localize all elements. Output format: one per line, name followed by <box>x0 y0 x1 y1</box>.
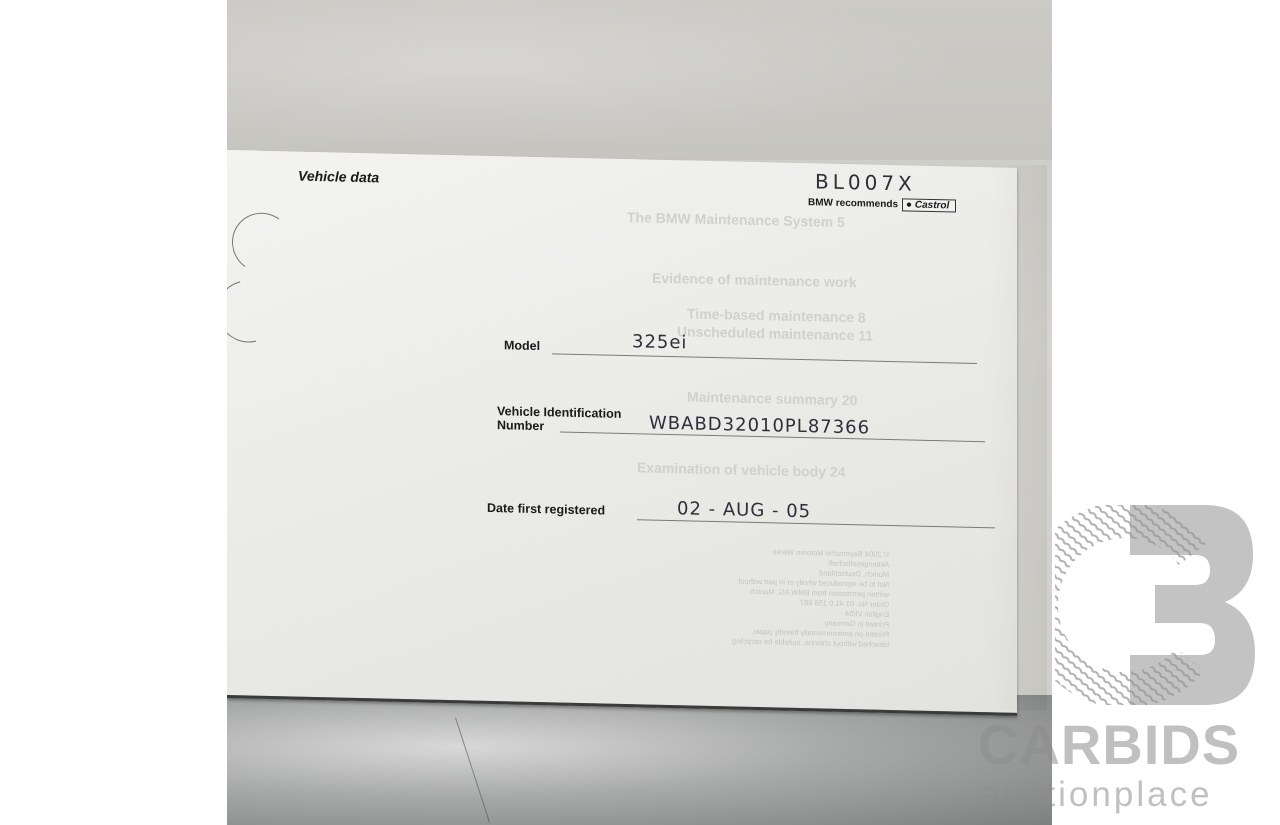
castrol-logo-text: Castrol <box>915 200 949 212</box>
registration-date-value: 02 - AUG - 05 <box>677 498 811 522</box>
sponsor-line: BMW recommends ● Castrol <box>808 196 956 212</box>
carbids-b-logo-icon <box>1055 505 1255 705</box>
reference-code: BL007X <box>815 169 916 195</box>
page-shadow <box>987 165 1047 710</box>
bleed-through-text: Maintenance summary 20 <box>687 388 857 408</box>
model-line <box>552 353 977 364</box>
castrol-logo: ● Castrol <box>902 198 956 212</box>
model-value: 325ei <box>632 331 687 353</box>
sponsor-text: BMW recommends <box>808 197 898 210</box>
registration-date-label: Date first registered <box>487 501 605 518</box>
floor-background-bottom <box>227 695 1052 825</box>
watermark-brand: CARBIDS <box>978 712 1240 777</box>
pen-arc-mark <box>227 269 290 354</box>
vin-label-line2: Number <box>497 418 544 433</box>
page-title: Vehicle data <box>298 168 379 186</box>
bleed-through-text: Time-based maintenance 8 <box>687 305 866 325</box>
bleed-through-text: Unscheduled maintenance 11 <box>677 323 873 343</box>
fine-print-bleed: © 2004 Bayerische Motoren Werke Aktienge… <box>732 546 889 650</box>
registration-date-line <box>637 519 995 528</box>
floor-crack <box>455 718 490 823</box>
model-label: Model <box>504 338 540 353</box>
floor-background-top <box>227 0 1052 160</box>
photo-frame: The BMW Maintenance System 5 Evidence of… <box>227 0 1052 825</box>
watermark-tagline: auctionplace <box>980 775 1213 815</box>
bleed-through-text: The BMW Maintenance System 5 <box>627 209 845 230</box>
pen-arc-mark <box>227 209 297 277</box>
bleed-through-text: Evidence of maintenance work <box>652 270 857 291</box>
service-booklet-page: The BMW Maintenance System 5 Evidence of… <box>227 150 1017 716</box>
bleed-through-text: Examination of vehicle body 24 <box>637 459 846 480</box>
